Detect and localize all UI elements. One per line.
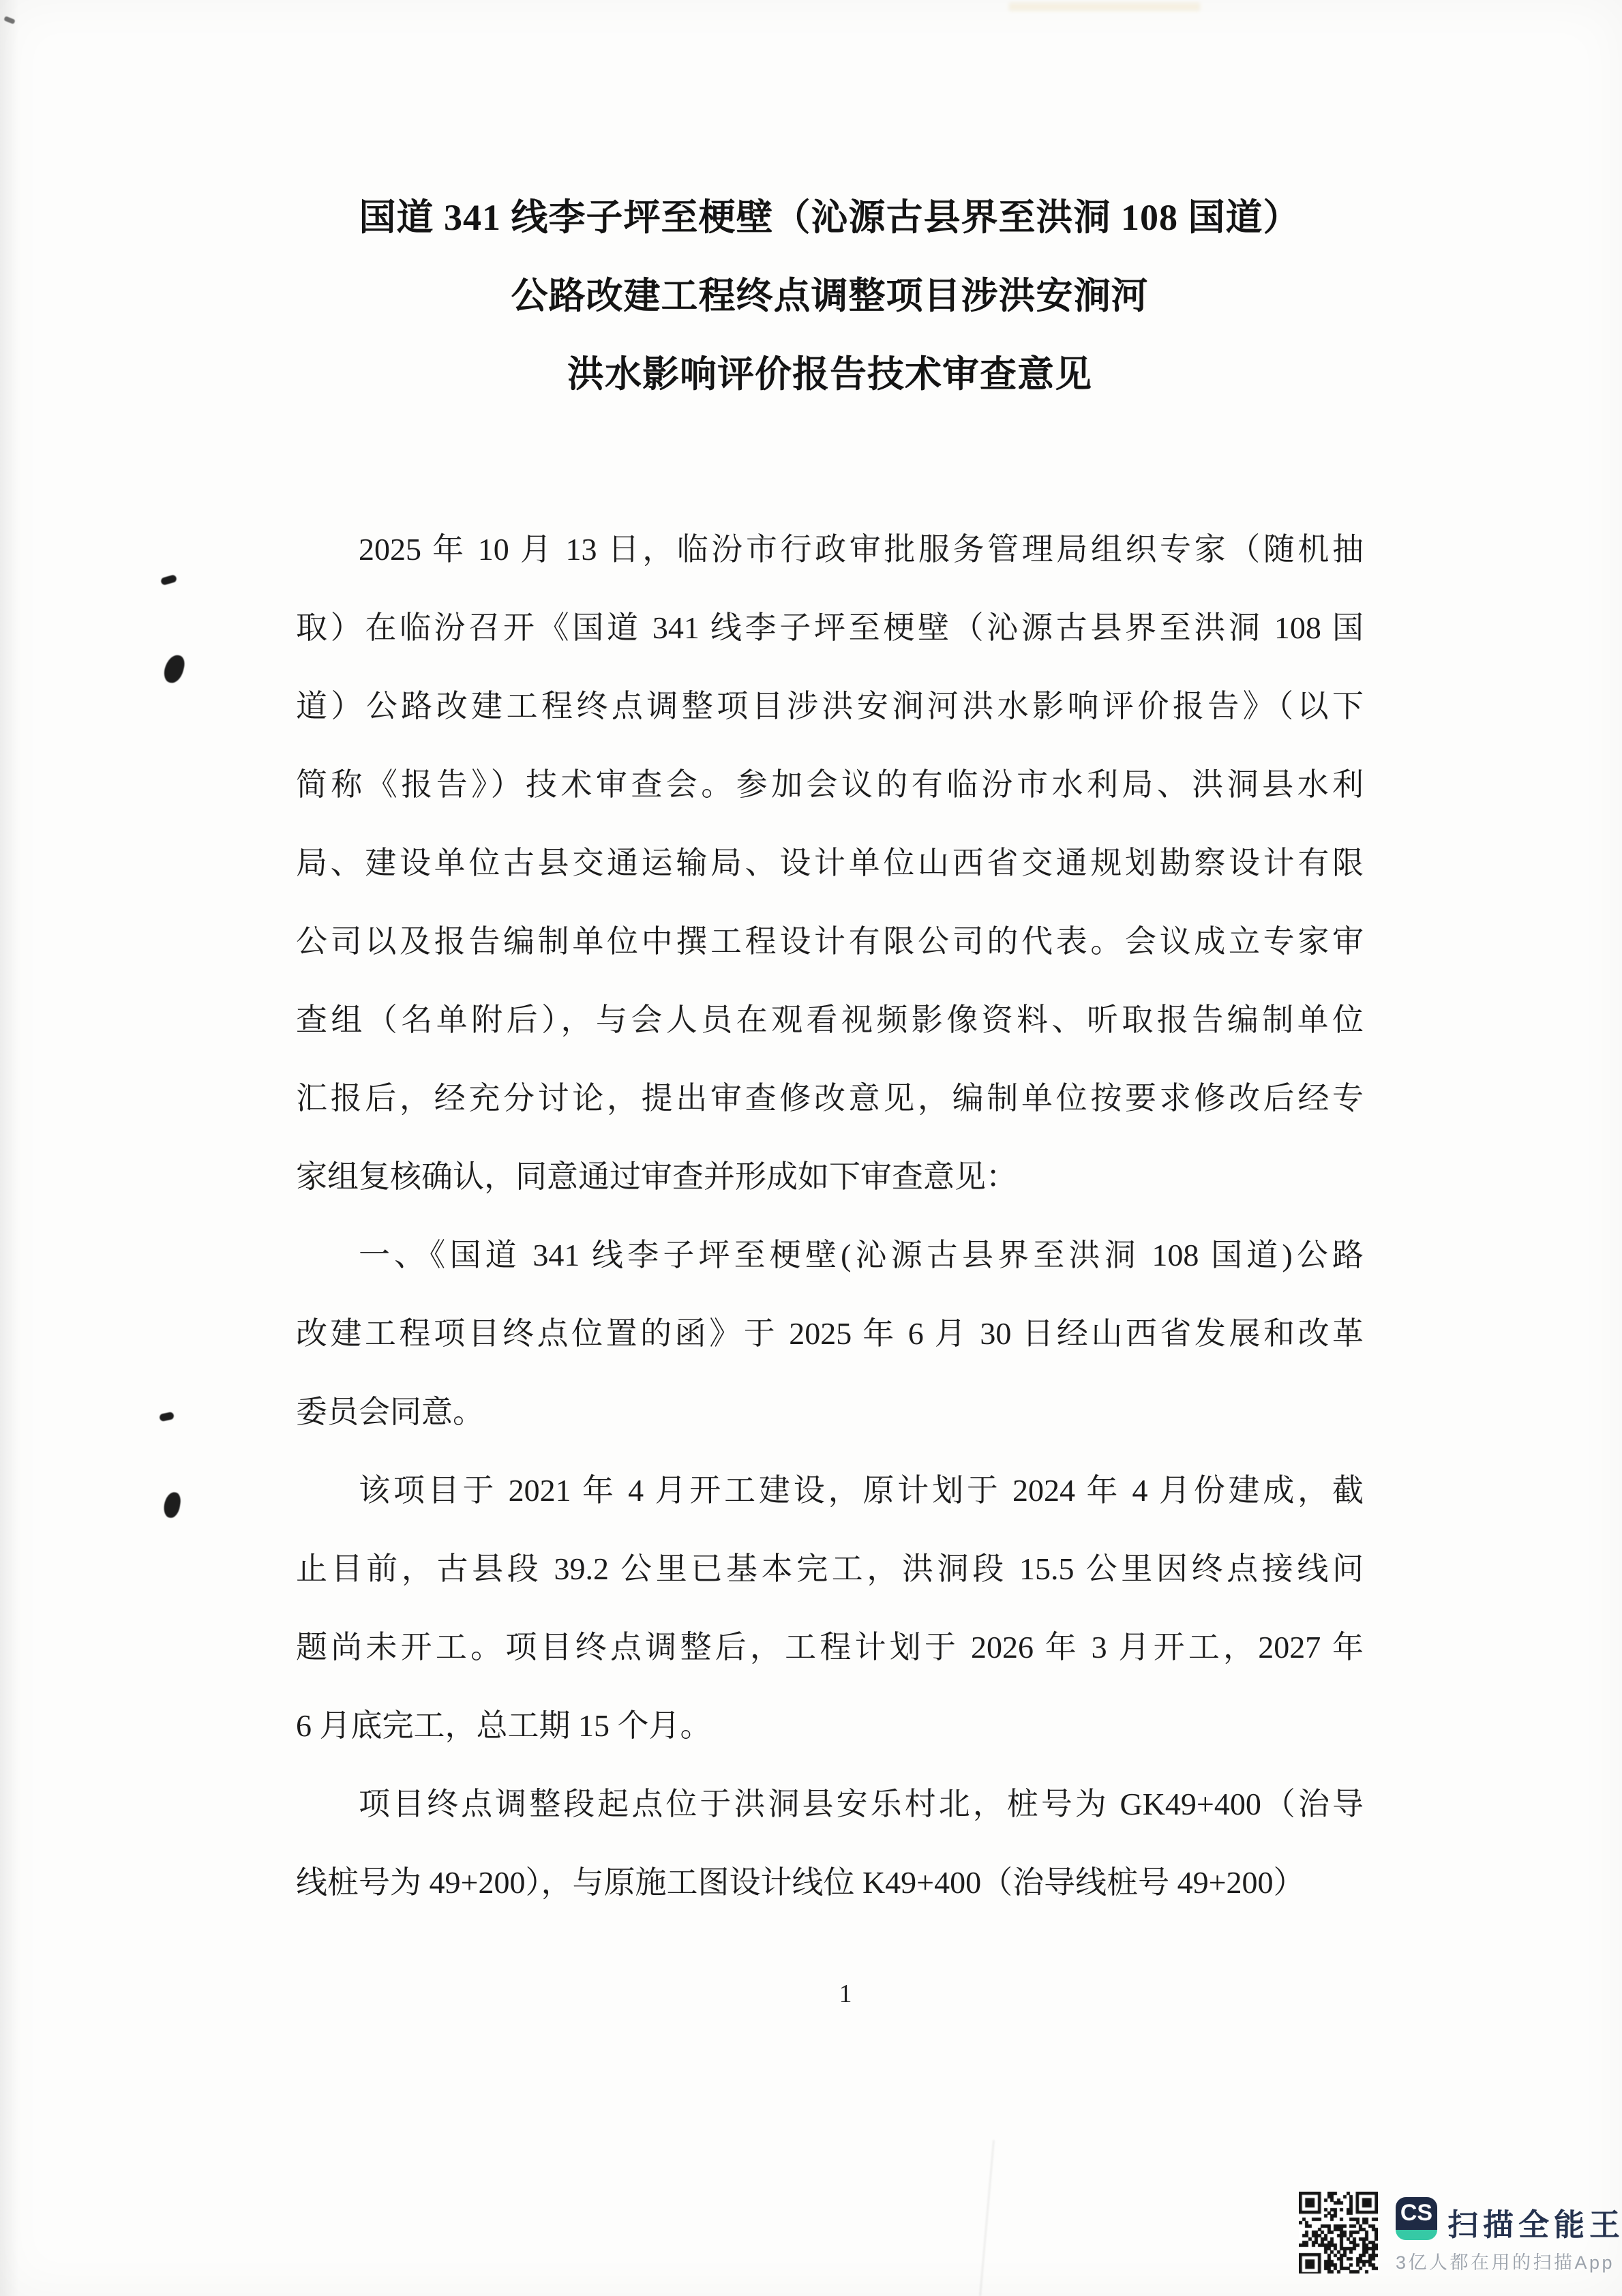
- body-line: 简称《报告》）技术审查会。参加会议的有临汾市水利局、洪洞县水利: [296, 745, 1364, 824]
- camscanner-watermark: CS 扫描全能王 3亿人都在用的扫描App: [1299, 2189, 1592, 2284]
- document-title: 国道 341 线李子坪至梗壁（沁源古县界至洪洞 108 国道） 公路改建工程终点…: [296, 179, 1364, 414]
- qr-code: [1299, 2192, 1378, 2273]
- body-line: 公司以及报告编制单位中撰工程设计有限公司的代表。会议成立专家审: [296, 902, 1364, 981]
- body-line: 6 月底完工，总工期 15 个月。: [296, 1686, 1364, 1765]
- camscanner-logo-icon: CS: [1396, 2197, 1437, 2240]
- watermark-brand-text: 扫描全能王: [1447, 2200, 1622, 2244]
- body-line: 局、建设单位古县交通运输局、设计单位山西省交通规划勘察设计有限: [296, 824, 1364, 902]
- ink-mark: [162, 653, 186, 685]
- ink-mark: [162, 1491, 182, 1519]
- body-line: 委员会同意。: [296, 1373, 1364, 1451]
- body-line: 题尚未开工。项目终点调整后，工程计划于 2026 年 3 月开工，2027 年: [296, 1608, 1364, 1686]
- scanned-document-page: 国道 341 线李子坪至梗壁（沁源古县界至洪洞 108 国道） 公路改建工程终点…: [0, 0, 1622, 2296]
- body-line: 家组复核确认，同意通过审查并形成如下审查意见：: [296, 1137, 1364, 1216]
- ink-mark: [159, 1412, 175, 1422]
- body-line: 取）在临汾召开《国道 341 线李子坪至梗壁（沁源古县界至洪洞 108 国: [296, 588, 1364, 667]
- body-line: 项目终点调整段起点位于洪洞县安乐村北，桩号为 GK49+400（治导: [296, 1765, 1364, 1843]
- title-line-3: 洪水影响评价报告技术审查意见: [296, 336, 1364, 414]
- scan-smudge: [1009, 3, 1200, 11]
- page-number: 1: [825, 1979, 866, 2009]
- body-line: 该项目于 2021 年 4 月开工建设，原计划于 2024 年 4 月份建成，截: [296, 1451, 1364, 1530]
- ink-mark: [3, 16, 15, 24]
- ink-mark: [160, 574, 177, 586]
- title-line-2: 公路改建工程终点调整项目涉洪安涧河: [296, 257, 1364, 336]
- body-line: 止目前，古县段 39.2 公里已基本完工，洪洞段 15.5 公里因终点接线问: [296, 1530, 1364, 1608]
- body-line: 道）公路改建工程终点调整项目涉洪安涧河洪水影响评价报告》（以下: [296, 667, 1364, 745]
- scan-edge-shadow: [0, 0, 19, 2296]
- body-line: 线桩号为 49+200），与原施工图设计线位 K49+400（治导线桩号 49+…: [296, 1843, 1364, 1922]
- body-line: 汇报后，经充分讨论，提出审查修改意见，编制单位按要求修改后经专: [296, 1059, 1364, 1137]
- scan-crease: [979, 2140, 995, 2296]
- watermark-tagline: 3亿人都在用的扫描App: [1396, 2248, 1615, 2274]
- camscanner-logo-band: [1396, 2230, 1437, 2240]
- title-line-1: 国道 341 线李子坪至梗壁（沁源古县界至洪洞 108 国道）: [296, 179, 1364, 257]
- body-line: 改建工程项目终点位置的函》于 2025 年 6 月 30 日经山西省发展和改革: [296, 1294, 1364, 1373]
- camscanner-logo-text: CS: [1396, 2197, 1437, 2230]
- body-line: 一、《国道 341 线李子坪至梗壁(沁源古县界至洪洞 108 国道)公路: [296, 1216, 1364, 1294]
- body-line: 查组（名单附后），与会人员在观看视频影像资料、听取报告编制单位: [296, 981, 1364, 1059]
- body-line: 2025 年 10 月 13 日，临汾市行政审批服务管理局组织专家（随机抽: [296, 510, 1364, 588]
- document-body: 2025 年 10 月 13 日，临汾市行政审批服务管理局组织专家（随机抽取）在…: [296, 510, 1364, 1922]
